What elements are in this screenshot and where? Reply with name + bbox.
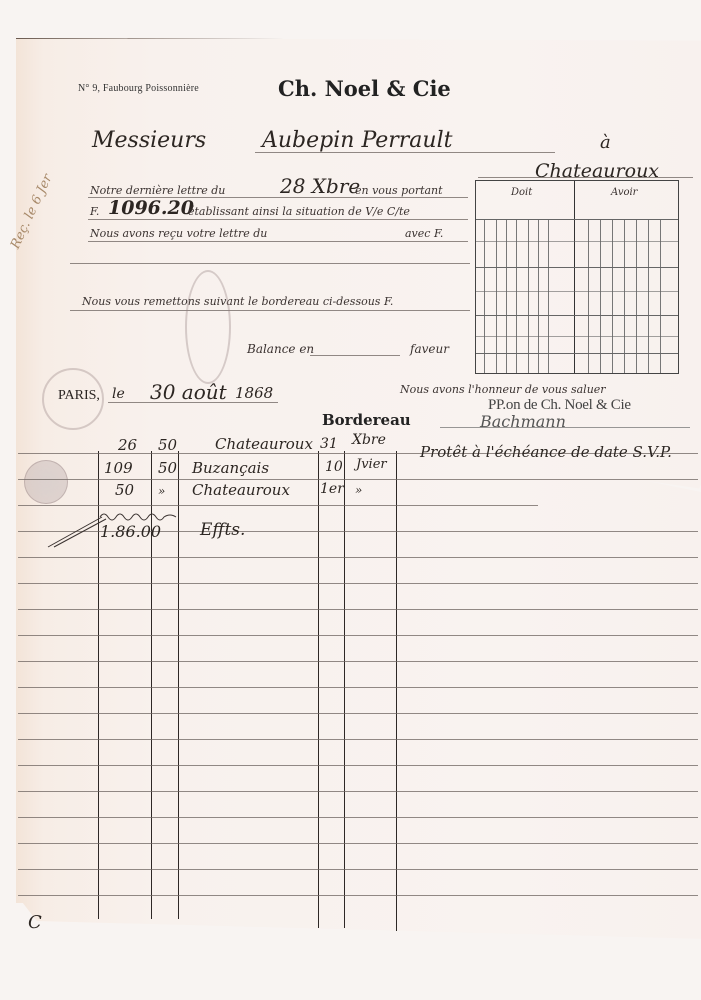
balance-amount: 1096.20 — [108, 197, 194, 219]
bordereau-title: Bordereau — [322, 411, 411, 429]
row-place: Chateauroux — [192, 481, 290, 499]
row-day: 1er — [320, 481, 344, 497]
date-le: le — [112, 386, 125, 402]
row-francs: 50 — [115, 481, 134, 499]
bordereau-total-label: Effts. — [200, 520, 245, 540]
salutation: Messieurs — [92, 128, 206, 153]
date-city: PARIS, — [58, 388, 100, 404]
ledger-credit-header: Avoir — [611, 187, 637, 198]
company-name: Ch. Noel & Cie — [278, 76, 451, 101]
balance-suffix: faveur — [410, 342, 449, 356]
recipient-preposition: à — [600, 132, 611, 153]
account-ledger-box: Doit Avoir — [475, 180, 679, 374]
row-month: Jvier — [356, 457, 387, 472]
row-month: Xbre — [352, 432, 386, 448]
row-day: 31 — [320, 436, 338, 452]
recipient-city: Chateauroux — [535, 160, 659, 182]
row-place: Chateauroux — [215, 435, 313, 453]
closing-salutation: Nous avons l'honneur de vous saluer — [400, 383, 606, 396]
recipient-name: Aubepin Perrault — [262, 128, 452, 153]
body-line4: Nous vous remettons suivant le bordereau… — [82, 295, 393, 308]
row-cents: » — [158, 484, 165, 498]
letterhead-address: N° 9, Faubourg Poissonnière — [78, 83, 199, 94]
row-francs: 109 — [104, 459, 133, 477]
row-day: 10 — [325, 459, 343, 475]
footer-mark: C — [28, 912, 42, 933]
row-month: » — [355, 483, 362, 497]
letter-year: 1868 — [235, 384, 273, 402]
letter-date: 30 août — [150, 380, 227, 404]
row-francs: 26 — [118, 436, 137, 454]
body-line2-prefix: F. — [90, 205, 99, 218]
bordereau-note: Protêt à l'échéance de date S.V.P. — [420, 443, 672, 461]
wax-seal-stamp — [24, 460, 68, 504]
body-line1-suffix: en vous portant — [355, 184, 443, 197]
ledger-debit-header: Doit — [511, 187, 532, 198]
last-letter-date: 28 Xbre — [280, 174, 360, 198]
body-line1-prefix: Notre dernière lettre du — [90, 184, 225, 197]
body-line2-suffix: établissant ainsi la situation de V/e C/… — [188, 205, 410, 218]
balance-label: Balance en — [247, 342, 314, 356]
row-cents: 50 — [158, 459, 177, 477]
row-place: Buzançais — [192, 459, 269, 477]
row-cents: 50 — [158, 436, 177, 454]
signature: Bachmann — [480, 412, 566, 431]
body-line3-prefix: Nous avons reçu votre lettre du — [90, 227, 267, 240]
bordereau-total-amount: 1.86.00 — [100, 522, 161, 541]
body-line3-suffix: avec F. — [405, 227, 443, 240]
oval-postmark-stamp — [185, 270, 231, 384]
